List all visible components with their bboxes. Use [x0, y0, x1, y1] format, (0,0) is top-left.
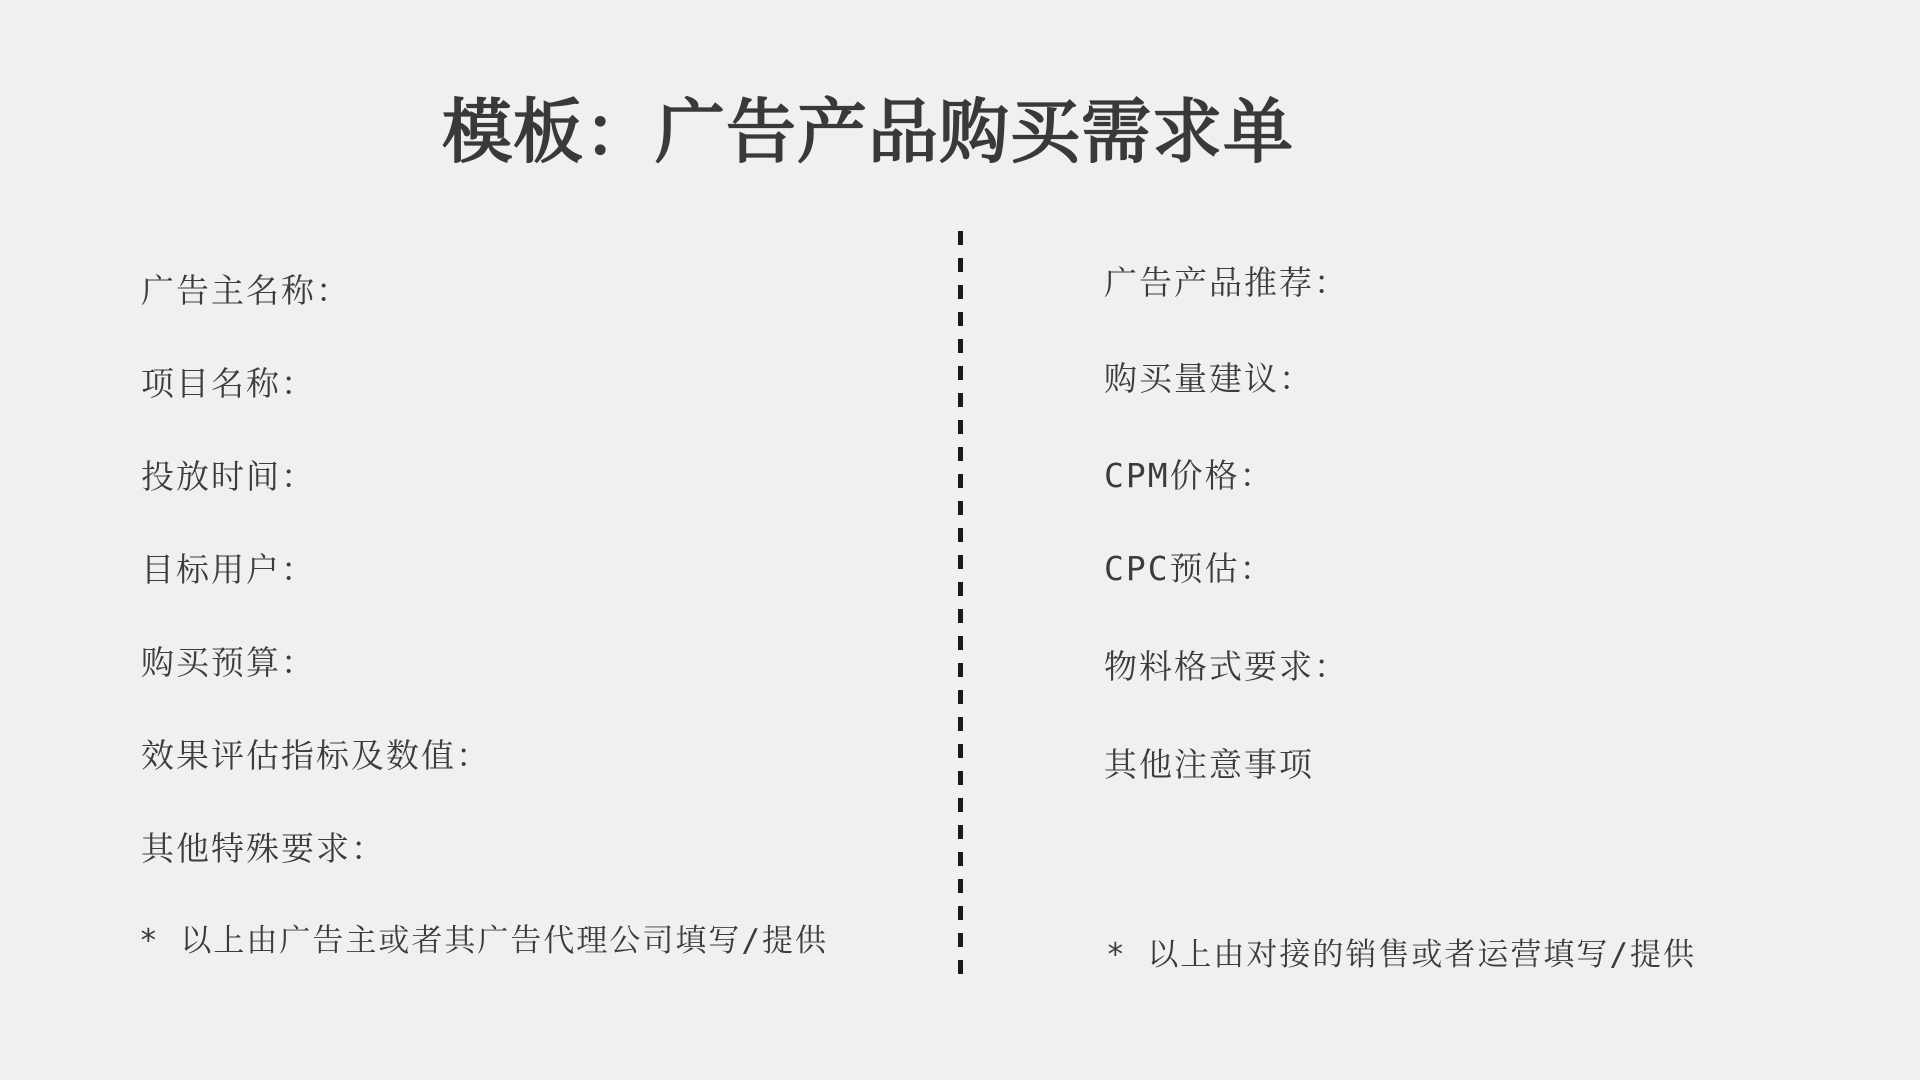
field-label-project-name: 项目名称：	[141, 366, 316, 402]
field-label-material-format-requirements: 物料格式要求：	[1104, 649, 1349, 685]
field-label-product-recommendation: 广告产品推荐：	[1104, 265, 1349, 301]
field-label-delivery-time: 投放时间：	[141, 459, 316, 495]
page-title: 模板：广告产品购买需求单	[442, 99, 1294, 169]
field-label-other-special-requirements: 其他特殊要求：	[141, 831, 386, 867]
template-page: 模板：广告产品购买需求单 广告主名称： 项目名称： 投放时间： 目标用户： 购买…	[0, 0, 1920, 1080]
field-label-target-users: 目标用户：	[141, 552, 316, 588]
field-label-effect-metrics: 效果评估指标及数值：	[141, 738, 491, 774]
dashed-divider	[958, 231, 963, 982]
field-label-purchase-volume-suggestion: 购买量建议：	[1104, 361, 1314, 397]
left-column-footnote: * 以上由广告主或者其广告代理公司填写/提供	[139, 924, 828, 958]
field-label-cpc-estimate: CPC预估：	[1104, 551, 1275, 587]
field-label-advertiser-name: 广告主名称：	[141, 273, 351, 309]
field-label-cpm-price: CPM价格：	[1104, 458, 1275, 494]
field-label-purchase-budget: 购买预算：	[141, 645, 316, 681]
right-column-footnote: * 以上由对接的销售或者运营填写/提供	[1106, 938, 1696, 972]
field-label-other-notes: 其他注意事项	[1104, 747, 1314, 783]
